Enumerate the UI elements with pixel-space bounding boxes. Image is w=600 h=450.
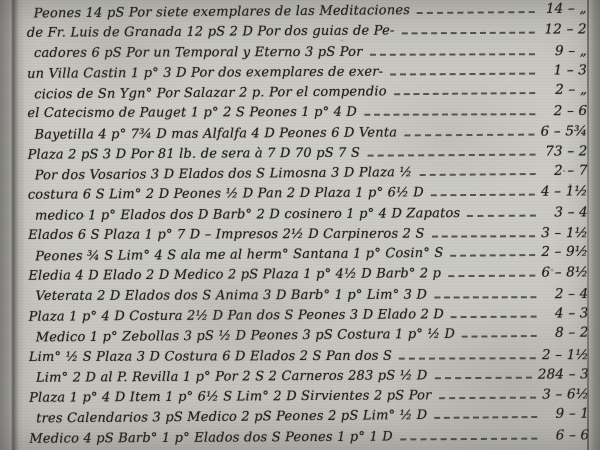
dash-leader [370,53,535,56]
ledger-entry-line: cadores 6 pS Por un Temporal y Eterno 3 … [27,43,587,65]
entry-text: costura 6 S Lim° 2 D Peones ½ D Pan 2 D … [28,186,424,203]
dash-leader [419,173,535,176]
entry-text: Lim° ½ S Plaza 3 D Costura 6 D Elados 2 … [29,348,392,364]
dash-leader [450,254,535,257]
entry-text: Bayetilla 4 p° 7¾ D mas Alfalfa 4 D Peon… [34,125,397,142]
entry-text: Plaza 2 pS 3 D Por 81 lb. de sera à 7 D … [28,146,361,163]
dash-leader [467,214,536,216]
ledger-entry-line: medico 1 p° Elados dos D Barb° 2 D cosin… [28,204,588,228]
entry-amount: 2 – 7 [542,163,588,179]
entry-amount: 9 – 1 [543,406,589,422]
entry-text: Peones ¾ S Lim° 4 S ala me al herm° Sant… [35,246,443,265]
dash-leader [462,335,537,338]
entry-text: Veterata 2 D Elados dos S Anima 3 D Barb… [35,287,427,303]
entry-text: de Fr. Luis de Granada 12 pS 2 D Por dos… [27,24,395,41]
entry-amount: 2 – 6 [541,103,587,119]
dash-leader [435,376,532,379]
dash-leader [364,114,535,117]
entry-text: Plaza 1 p° 4 D Costura 2½ D Pan dos S Pe… [29,307,445,325]
entry-amount: 284 – 3 [538,366,589,382]
entry-amount: 4 – 3 [542,305,588,321]
entry-text: medico 1 p° Elados dos D Barb° 2 D cosin… [35,206,461,224]
entry-amount: 2 – 1½ [542,347,589,363]
entry-amount: 14 – „ [541,1,587,17]
dash-leader [439,397,537,400]
entry-amount: 1 – 3 [541,62,587,78]
entry-amount: 4 – 1½ [541,184,588,200]
ledger-entry-line: Medico 4 pS Barb° 1 p° Elados dos S Peon… [29,427,589,450]
entry-text: cadores 6 pS Por un Temporal y Eterno 3 … [34,44,363,60]
dash-leader [434,416,537,419]
entry-text: tres Calendarios 3 pS Medico 2 pS Peones… [36,408,427,426]
dash-leader [399,357,536,359]
dash-leader [448,275,535,278]
book-binding-gutter [0,0,24,450]
ledger-entry-line: Veterata 2 D Elados dos S Anima 3 D Barb… [28,286,588,308]
entry-text: el Catecismo de Pauget 1 p° 2 S Peones 1… [27,105,357,121]
entry-text: Plaza 1 p° 4 D Item 1 p° 6½ S Lim° 2 D S… [29,388,432,405]
dash-leader [402,32,535,35]
ledger-entry-line: Eledia 4 D Elado 2 D Medico 2 pS Plaza 1… [28,265,588,289]
entry-text: un Villa Castin 1 p° 3 D Por dos exempla… [27,64,383,81]
dash-leader [434,296,536,298]
entry-amount: 12 – 2 [541,22,587,38]
dash-leader [432,235,536,237]
entry-text: Peones 14 pS Por siete exemplares de las… [34,3,411,21]
page-right-edge [587,0,600,450]
entry-amount: 73 – 2 [542,143,588,159]
dash-leader [400,437,537,440]
entry-text: Elados 6 S Plaza 1 p° 7 D – Impresos 2½ … [28,227,425,243]
dash-leader [451,316,537,319]
entry-amount: 6 – 6 [543,427,589,443]
entry-amount: 2 – 4 [542,286,588,302]
entry-text: Por dos Vosarios 3 D Elados dos S Limosn… [35,165,413,183]
ledger-entry-line: el Catecismo de Pauget 1 p° 2 S Peones 1… [27,103,587,125]
ledger-entry-line: Lim° ½ S Plaza 3 D Costura 6 D Elados 2 … [29,347,589,369]
ledger-entry-line: Medico 1 p° Zebollas 3 pS ½ D Peones 3 p… [29,325,589,350]
entry-amount: 6 – 5¾ [541,123,588,139]
dash-leader [390,72,535,75]
ledger-lines: Peones 14 pS Por siete exemplares de las… [27,1,590,450]
dash-leader [431,194,535,197]
entry-text: Lim° 2 D al P. Revilla 1 p° Por 2 S 2 Ca… [36,368,428,385]
ledger-entry-line: de Fr. Luis de Granada 12 pS 2 D Por dos… [27,22,587,46]
entry-text: Medico 4 pS Barb° 1 p° Elados dos S Peon… [29,429,393,446]
entry-amount: 3 – 4 [542,204,588,220]
entry-text: Medico 1 p° Zebollas 3 pS ½ D Peones 3 p… [36,327,456,346]
entry-amount: 3 – 6½ [542,386,589,402]
dash-leader [367,153,535,156]
entry-amount: 2 – „ [541,82,587,98]
manuscript-page-scan: Peones 14 pS Por siete exemplares de las… [0,0,600,450]
entry-amount: 6 – 8½ [541,265,588,281]
entry-amount: 3 – 1½ [541,225,588,241]
entry-amount: 8 – 2 [543,325,589,341]
dash-leader [394,92,535,95]
entry-amount: 2 – 9½ [541,244,588,260]
entry-text: cicios de Sn Ygn° Por Salazar 2 p. Por e… [34,84,387,102]
dash-leader [417,11,535,14]
dash-leader [404,133,534,136]
entry-text: Eledia 4 D Elado 2 D Medico 2 pS Plaza 1… [28,267,441,285]
entry-amount: 9 – „ [541,43,587,59]
